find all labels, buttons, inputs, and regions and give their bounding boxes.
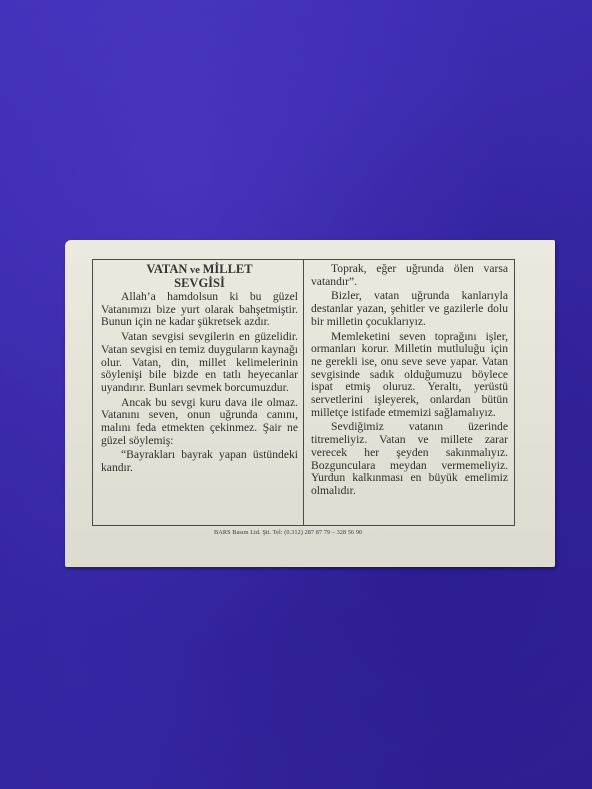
- text-frame: VATAN ve MİLLET SEVGİSİ Allah’a hamdolsu…: [92, 259, 515, 526]
- title-connector: ve: [187, 265, 202, 276]
- printer-footer: BARS Basım Ltd. Şti. Tel: (0.312) 287 87…: [214, 529, 362, 536]
- quote-continuation: Toprak, eğer uğrunda ölen varsa vatandır…: [311, 263, 508, 288]
- paragraph: Memleketini seven toprağını işler, orman…: [311, 331, 508, 420]
- paragraph: Bizler, vatan uğrunda kanlarıyla destanl…: [311, 290, 508, 328]
- right-column: Toprak, eğer uğrunda ölen varsa vatandır…: [311, 263, 508, 500]
- paragraph: Vatan sevgisi sevgilerin en güzelidir. V…: [101, 331, 298, 395]
- column-divider: [303, 260, 304, 525]
- left-column: VATAN ve MİLLET SEVGİSİ Allah’a hamdolsu…: [101, 263, 298, 477]
- title-millet: MİLLET: [203, 262, 253, 276]
- paper-leaflet: VATAN ve MİLLET SEVGİSİ Allah’a hamdolsu…: [65, 240, 555, 567]
- quote-paragraph: “Bayrakları bayrak yapan üstündeki kandı…: [101, 449, 298, 474]
- title-sevgisi: SEVGİSİ: [174, 276, 225, 290]
- title-vatan: VATAN: [146, 262, 187, 276]
- document-title: VATAN ve MİLLET SEVGİSİ: [101, 263, 298, 290]
- paragraph: Sevdiğimiz vatanın üzerinde titremeliyiz…: [311, 421, 508, 497]
- paragraph: Allah’a hamdolsun ki bu güzel Vatanımızı…: [101, 291, 298, 329]
- paragraph: Ancak bu sevgi kuru dava ile olmaz. Vata…: [101, 397, 298, 448]
